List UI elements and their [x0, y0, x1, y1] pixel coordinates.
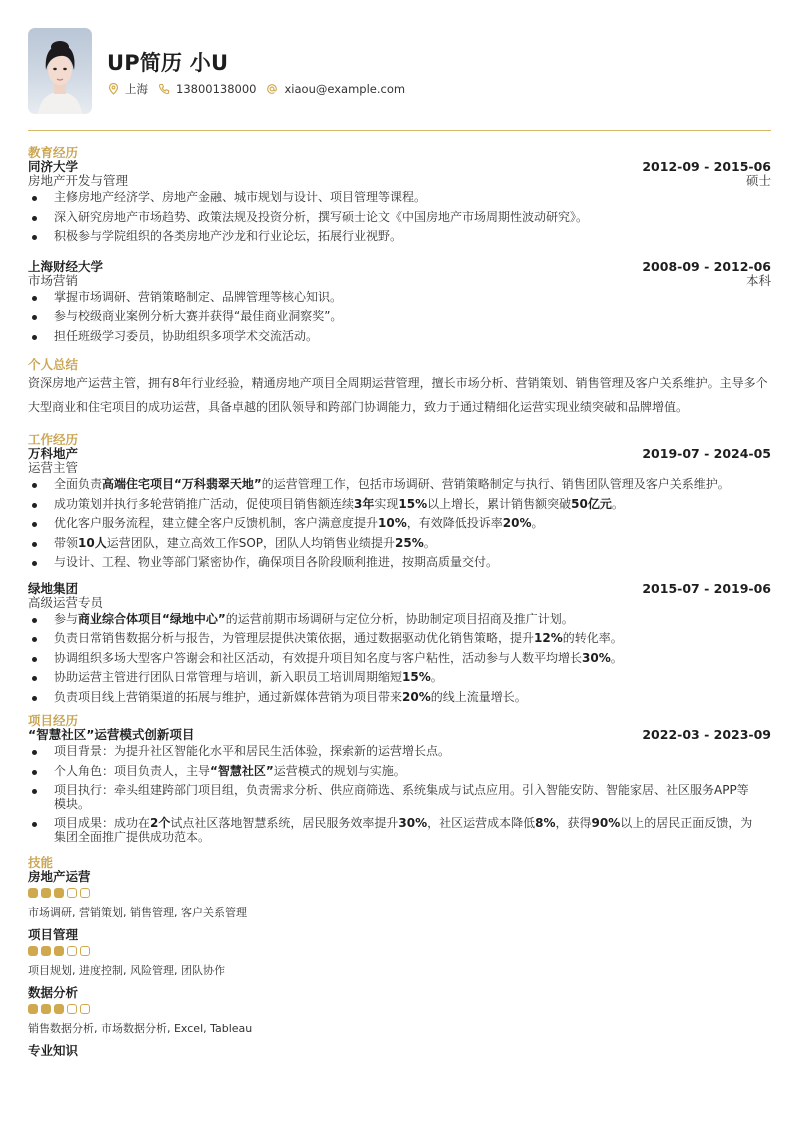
- rating-dot-filled-icon: [54, 946, 64, 956]
- skill-item: 专业知识: [28, 1044, 771, 1058]
- bullet-item: 参与校级商业案例分析大赛并获得“最佳商业洞察奖”。: [28, 310, 771, 324]
- rating-dot-filled-icon: [54, 1004, 64, 1014]
- bullet-item: 项目执行：牵头组建跨部门项目组，负责需求分析、供应商筛选、系统集成与试点应用。引…: [28, 784, 771, 811]
- skills-section: 技能 房地产运营市场调研, 营销策划, 销售管理, 客户关系管理项目管理项目规划…: [28, 856, 771, 1058]
- entry-date: 2008-09 - 2012-06: [642, 260, 771, 274]
- profile-photo: [28, 28, 92, 114]
- major: 市场营销: [28, 274, 78, 288]
- bullet-item: 带领10人运营团队，建立高效工作SOP，团队人均销售业绩提升25%。: [28, 537, 771, 551]
- bullet-item: 成功策划并执行多轮营销推广活动，促使项目销售额连续3年实现15%以上增长，累计销…: [28, 498, 771, 512]
- rating-dot-empty-icon: [80, 888, 90, 898]
- skill-keywords: 市场调研, 营销策划, 销售管理, 客户关系管理: [28, 906, 771, 920]
- highlight-text: 高端住宅项目“万科翡翠天地”: [102, 477, 262, 491]
- bullet-item: 负责日常销售数据分析与报告，为管理层提供决策依据，通过数据驱动优化销售策略，提升…: [28, 632, 771, 646]
- bullet-item: 负责项目线上营销渠道的拓展与维护，通过新媒体营销为项目带来20%的线上流量增长。: [28, 691, 771, 705]
- phone-text[interactable]: 13800138000: [176, 82, 256, 96]
- bullet-item: 项目背景：为提升社区智能化水平和居民生活体验，探索新的运营增长点。: [28, 745, 771, 759]
- bullet-item: 担任班级学习委员，协助组织多项学术交流活动。: [28, 330, 771, 344]
- highlight-text: 30%: [398, 816, 427, 830]
- education-entry: 同济大学 2012-09 - 2015-06 房地产开发与管理 硕士 主修房地产…: [28, 160, 771, 244]
- job-title: 高级运营专员: [28, 596, 103, 610]
- skill-name: 项目管理: [28, 928, 771, 942]
- rating-dot-filled-icon: [28, 888, 38, 898]
- rating-dot-filled-icon: [28, 946, 38, 956]
- contact-location: 上海: [107, 81, 148, 97]
- contact-email: xiaou@example.com: [266, 82, 405, 96]
- major: 房地产开发与管理: [28, 174, 128, 188]
- rating-dot-empty-icon: [67, 888, 77, 898]
- highlight-text: 20%: [503, 516, 532, 530]
- resume-page: UP简历 小U 上海 13800138000 xiaou@example.com: [0, 0, 799, 1130]
- rating-dot-filled-icon: [41, 946, 51, 956]
- highlight-text: 90%: [592, 816, 621, 830]
- bullet-item: 协调组织多场大型客户答谢会和社区活动，有效提升项目知名度与客户粘性，活动参与人数…: [28, 652, 771, 666]
- highlight-text: 10%: [378, 516, 407, 530]
- highlight-text: 20%: [402, 690, 431, 704]
- contact-info: 上海 13800138000 xiaou@example.com: [107, 81, 415, 97]
- entry-subheader: 市场营销 本科: [28, 274, 771, 288]
- skill-level-rating: [28, 1004, 771, 1016]
- section-title: 个人总结: [28, 358, 771, 372]
- rating-dot-empty-icon: [80, 946, 90, 956]
- company-name: 绿地集团: [28, 582, 78, 596]
- bullet-item: 掌握市场调研、营销策略制定、品牌管理等核心知识。: [28, 291, 771, 305]
- entry-header: 绿地集团 2015-07 - 2019-06: [28, 582, 771, 596]
- highlight-text: 25%: [395, 536, 424, 550]
- entry-date: 2015-07 - 2019-06: [642, 582, 771, 596]
- bullet-item: 深入研究房地产市场趋势、政策法规及投资分析，撰写硕士论文《中国房地产市场周期性波…: [28, 211, 771, 225]
- projects-section: 项目经历 “智慧社区”运营模式创新项目 2022-03 - 2023-09 项目…: [28, 714, 771, 844]
- section-title: 项目经历: [28, 714, 771, 728]
- skill-name: 数据分析: [28, 986, 771, 1000]
- highlight-text: 50亿元: [571, 497, 612, 511]
- job-title: 运营主管: [28, 461, 78, 475]
- highlight-text: 15%: [398, 497, 427, 511]
- candidate-name: UP简历 小U: [107, 47, 228, 77]
- location-text: 上海: [125, 81, 148, 97]
- school-name: 上海财经大学: [28, 260, 103, 274]
- bullet-item: 积极参与学院组织的各类房地产沙龙和行业论坛，拓展行业视野。: [28, 230, 771, 244]
- entry-header: 上海财经大学 2008-09 - 2012-06: [28, 260, 771, 274]
- rating-dot-filled-icon: [41, 1004, 51, 1014]
- highlight-text: 2个: [150, 816, 170, 830]
- work-entry: 绿地集团 2015-07 - 2019-06 高级运营专员 参与商业综合体项目“…: [28, 582, 771, 705]
- bullet-item: 参与商业综合体项目“绿地中心”的运营前期市场调研与定位分析，协助制定项目招商及推…: [28, 613, 771, 627]
- skill-item: 项目管理项目规划, 进度控制, 风险管理, 团队协作: [28, 928, 771, 978]
- rating-dot-filled-icon: [28, 1004, 38, 1014]
- highlight-text: 30%: [582, 651, 611, 665]
- project-entry: “智慧社区”运营模式创新项目 2022-03 - 2023-09 项目背景：为提…: [28, 728, 771, 844]
- bullet-item: 项目成果：成功在2个试点社区落地智慧系统，居民服务效率提升30%，社区运营成本降…: [28, 817, 771, 844]
- highlight-text: 12%: [534, 631, 563, 645]
- bullet-item: 主修房地产经济学、房地产金融、城市规划与设计、项目管理等课程。: [28, 191, 771, 205]
- entry-header: “智慧社区”运营模式创新项目 2022-03 - 2023-09: [28, 728, 771, 742]
- entry-date: 2019-07 - 2024-05: [642, 447, 771, 461]
- bullet-list: 掌握市场调研、营销策略制定、品牌管理等核心知识。 参与校级商业案例分析大赛并获得…: [28, 291, 771, 344]
- contact-phone: 13800138000: [158, 82, 256, 96]
- skill-keywords: 项目规划, 进度控制, 风险管理, 团队协作: [28, 964, 771, 978]
- bullet-item: 与设计、工程、物业等部门紧密协作，确保项目各阶段顺利推进，按期高质量交付。: [28, 556, 771, 570]
- section-title: 工作经历: [28, 433, 771, 447]
- skill-item: 数据分析销售数据分析, 市场数据分析, Excel, Tableau: [28, 986, 771, 1036]
- email-link[interactable]: xiaou@example.com: [284, 82, 405, 96]
- school-name: 同济大学: [28, 160, 78, 174]
- work-entry: 万科地产 2019-07 - 2024-05 运营主管 全面负责高端住宅项目“万…: [28, 447, 771, 570]
- bullet-item: 个人角色：项目负责人，主导“智慧社区”运营模式的规划与实施。: [28, 765, 771, 779]
- phone-icon: [158, 83, 170, 95]
- bullet-list: 主修房地产经济学、房地产金融、城市规划与设计、项目管理等课程。 深入研究房地产市…: [28, 191, 771, 244]
- bullet-list: 参与商业综合体项目“绿地中心”的运营前期市场调研与定位分析，协助制定项目招商及推…: [28, 613, 771, 705]
- bullet-list: 全面负责高端住宅项目“万科翡翠天地”的运营管理工作，包括市场调研、营销策略制定与…: [28, 478, 771, 570]
- resume-header: UP简历 小U 上海 13800138000 xiaou@example.com: [28, 28, 771, 114]
- skill-level-rating: [28, 946, 771, 958]
- highlight-text: 8%: [535, 816, 555, 830]
- rating-dot-filled-icon: [54, 888, 64, 898]
- map-pin-icon: [107, 83, 119, 95]
- bullet-list: 项目背景：为提升社区智能化水平和居民生活体验，探索新的运营增长点。个人角色：项目…: [28, 745, 771, 844]
- entry-subheader: 房地产开发与管理 硕士: [28, 174, 771, 188]
- highlight-text: “智慧社区”: [210, 764, 274, 778]
- entry-header: 同济大学 2012-09 - 2015-06: [28, 160, 771, 174]
- skills-list: 房地产运营市场调研, 营销策划, 销售管理, 客户关系管理项目管理项目规划, 进…: [28, 870, 771, 1058]
- degree: 硕士: [746, 174, 771, 188]
- entry-subheader: 高级运营专员: [28, 596, 771, 610]
- summary-section: 个人总结 资深房地产运营主管，拥有8年行业经验，精通房地产项目全周期运营管理，擅…: [28, 358, 771, 419]
- header-divider: [28, 130, 771, 131]
- skill-item: 房地产运营市场调研, 营销策划, 销售管理, 客户关系管理: [28, 870, 771, 920]
- rating-dot-empty-icon: [80, 1004, 90, 1014]
- highlight-text: 3年: [354, 497, 374, 511]
- entry-date: 2022-03 - 2023-09: [642, 728, 771, 742]
- rating-dot-empty-icon: [67, 946, 77, 956]
- summary-text: 资深房地产运营主管，拥有8年行业经验，精通房地产项目全周期运营管理，擅长市场分析…: [28, 371, 771, 419]
- entry-subheader: 运营主管: [28, 461, 771, 475]
- project-name: “智慧社区”运营模式创新项目: [28, 728, 194, 742]
- rating-dot-filled-icon: [41, 888, 51, 898]
- degree: 本科: [746, 274, 771, 288]
- skill-name: 专业知识: [28, 1044, 771, 1058]
- education-section: 教育经历 同济大学 2012-09 - 2015-06 房地产开发与管理 硕士 …: [28, 146, 771, 343]
- section-title: 技能: [28, 856, 771, 870]
- entry-date: 2012-09 - 2015-06: [642, 160, 771, 174]
- entry-header: 万科地产 2019-07 - 2024-05: [28, 447, 771, 461]
- rating-dot-empty-icon: [67, 1004, 77, 1014]
- bullet-item: 全面负责高端住宅项目“万科翡翠天地”的运营管理工作，包括市场调研、营销策略制定与…: [28, 478, 771, 492]
- at-sign-icon: [266, 83, 278, 95]
- bullet-item: 优化客户服务流程，建立健全客户反馈机制，客户满意度提升10%，有效降低投诉率20…: [28, 517, 771, 531]
- highlight-text: 15%: [402, 670, 431, 684]
- highlight-text: 商业综合体项目“绿地中心”: [78, 612, 226, 626]
- skill-keywords: 销售数据分析, 市场数据分析, Excel, Tableau: [28, 1022, 771, 1036]
- skill-name: 房地产运营: [28, 870, 771, 884]
- education-entry: 上海财经大学 2008-09 - 2012-06 市场营销 本科 掌握市场调研、…: [28, 260, 771, 344]
- resume-body: 教育经历 同济大学 2012-09 - 2015-06 房地产开发与管理 硕士 …: [28, 142, 771, 1062]
- section-title: 教育经历: [28, 146, 771, 160]
- bullet-item: 协助运营主管进行团队日常管理与培训，新入职员工培训周期缩短15%。: [28, 671, 771, 685]
- highlight-text: 10人: [78, 536, 107, 550]
- company-name: 万科地产: [28, 447, 78, 461]
- skill-level-rating: [28, 888, 771, 900]
- work-section: 工作经历 万科地产 2019-07 - 2024-05 运营主管 全面负责高端住…: [28, 433, 771, 704]
